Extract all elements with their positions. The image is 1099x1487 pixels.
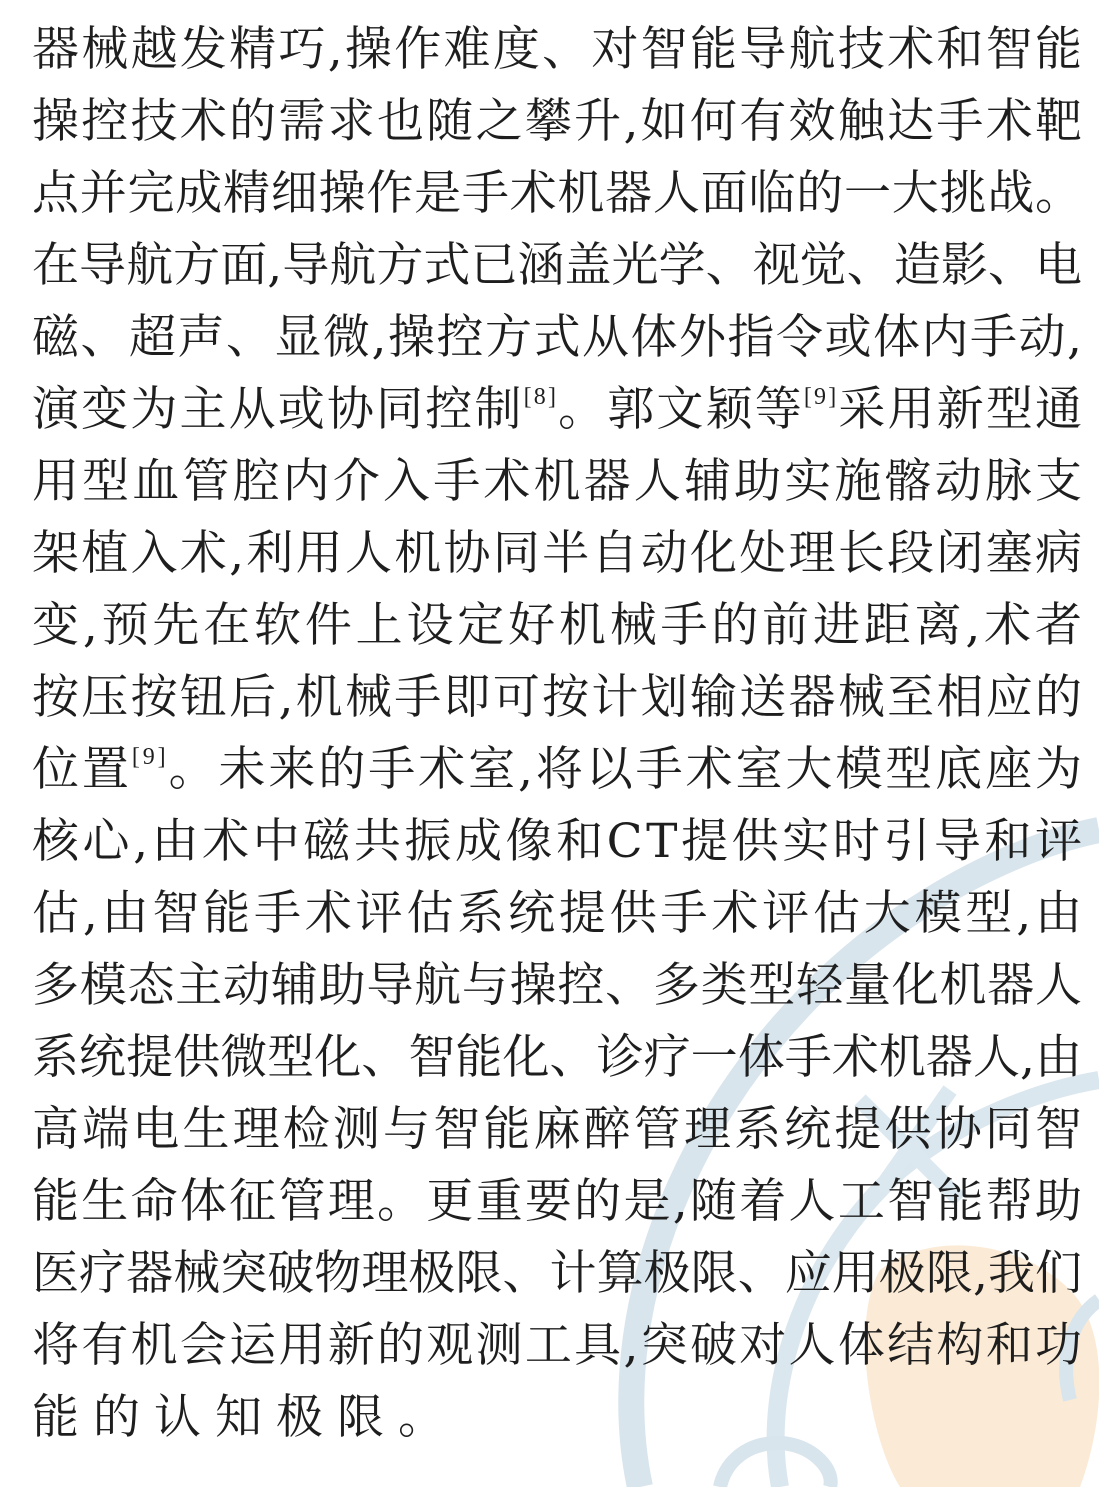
text-line-content: 按压按钮后,机械手即可按计划输送器械至相应的 [32, 668, 1084, 728]
text-line-content: 位置[9]。未来的手术室,将以手术室大模型底座为 [32, 740, 1085, 800]
citation-ref[interactable]: [9] [132, 744, 169, 770]
text-fragment: 。未来的手术室,将以手术室大模型底座为 [169, 742, 1085, 797]
text-fragment: 位置 [32, 742, 132, 797]
text-line-content: 架植入术,利用人机协同半自动化处理长段闭塞病 [32, 524, 1084, 584]
text-line-content: 高端电生理检测与智能麻醉管理系统提供协同智 [32, 1100, 1085, 1160]
text-line: 系统提供微型化、智能化、诊疗一体手术机器人,由 [32, 1028, 1082, 1088]
text-line-content: 演变为主从或协同控制[8]。郭文颖等[9]采用新型通 [32, 380, 1084, 440]
text-fragment: 演变为主从或协同控制 [32, 382, 524, 437]
text-line: 磁、超声、显微,操控方式从体外指令或体内手动, [32, 308, 1082, 368]
text-fragment: 采用新型通 [838, 382, 1084, 437]
text-line: 核心,由术中磁共振成像和CT提供实时引导和评 [32, 812, 1082, 872]
text-line: 按压按钮后,机械手即可按计划输送器械至相应的 [32, 668, 1082, 728]
text-line: 能生命体征管理。更重要的是,随着人工智能帮助 [32, 1172, 1082, 1232]
text-line: 架植入术,利用人机协同半自动化处理长段闭塞病 [32, 524, 1082, 584]
text-line: 变,预先在软件上设定好机械手的前进距离,术者 [32, 596, 1082, 656]
text-line-content: 在导航方面,导航方式已涵盖光学、视觉、造影、电 [32, 236, 1082, 296]
text-line: 将有机会运用新的观测工具,突破对人体结构和功 [32, 1316, 1082, 1376]
text-line: 医疗器械突破物理极限、计算极限、应用极限,我们 [32, 1244, 1082, 1304]
text-line: 在导航方面,导航方式已涵盖光学、视觉、造影、电 [32, 236, 1082, 296]
text-line: 演变为主从或协同控制[8]。郭文颖等[9]采用新型通 [32, 380, 1082, 440]
text-line-content: 磁、超声、显微,操控方式从体外指令或体内手动, [32, 308, 1084, 368]
text-line-content: 点并完成精细操作是手术机器人面临的一大挑战。 [32, 164, 1083, 224]
text-fragment: 。郭文颖等 [558, 382, 804, 437]
text-line-content: 能的认知极限。 [32, 1388, 459, 1448]
text-line-content: 核心,由术中磁共振成像和CT提供实时引导和评 [32, 812, 1086, 872]
text-line: 操控技术的需求也随之攀升,如何有效触达手术靶 [32, 92, 1082, 152]
text-line: 用型血管腔内介入手术机器人辅助实施髂动脉支 [32, 452, 1082, 512]
text-line: 点并完成精细操作是手术机器人面临的一大挑战。 [32, 164, 1082, 224]
text-line: 位置[9]。未来的手术室,将以手术室大模型底座为 [32, 740, 1082, 800]
text-line-content: 用型血管腔内介入手术机器人辅助实施髂动脉支 [32, 452, 1085, 512]
citation-ref[interactable]: [8] [524, 384, 558, 410]
text-line-content: 器械越发精巧,操作难度、对智能导航技术和智能 [32, 20, 1084, 80]
text-line-content: 估,由智能手术评估系统提供手术评估大模型,由 [32, 884, 1086, 944]
text-line-content: 操控技术的需求也随之攀升,如何有效触达手术靶 [32, 92, 1084, 152]
text-line-content: 多模态主动辅助导航与操控、多类型轻量化机器人 [32, 956, 1083, 1016]
text-line: 器械越发精巧,操作难度、对智能导航技术和智能 [32, 20, 1082, 80]
text-line-content: 将有机会运用新的观测工具,突破对人体结构和功 [32, 1316, 1084, 1376]
text-line: 估,由智能手术评估系统提供手术评估大模型,由 [32, 884, 1082, 944]
text-line-content: 医疗器械突破物理极限、计算极限、应用极限,我们 [32, 1244, 1082, 1304]
text-line-content: 系统提供微型化、智能化、诊疗一体手术机器人,由 [32, 1028, 1082, 1088]
text-line: 多模态主动辅助导航与操控、多类型轻量化机器人 [32, 956, 1082, 1016]
text-line-last: 能的认知极限。 [32, 1388, 1082, 1448]
text-line-content: 变,预先在软件上设定好机械手的前进距离,术者 [32, 596, 1086, 656]
citation-ref[interactable]: [9] [804, 384, 838, 410]
text-line-content: 能生命体征管理。更重要的是,随着人工智能帮助 [32, 1172, 1084, 1232]
text-line: 高端电生理检测与智能麻醉管理系统提供协同智 [32, 1100, 1082, 1160]
